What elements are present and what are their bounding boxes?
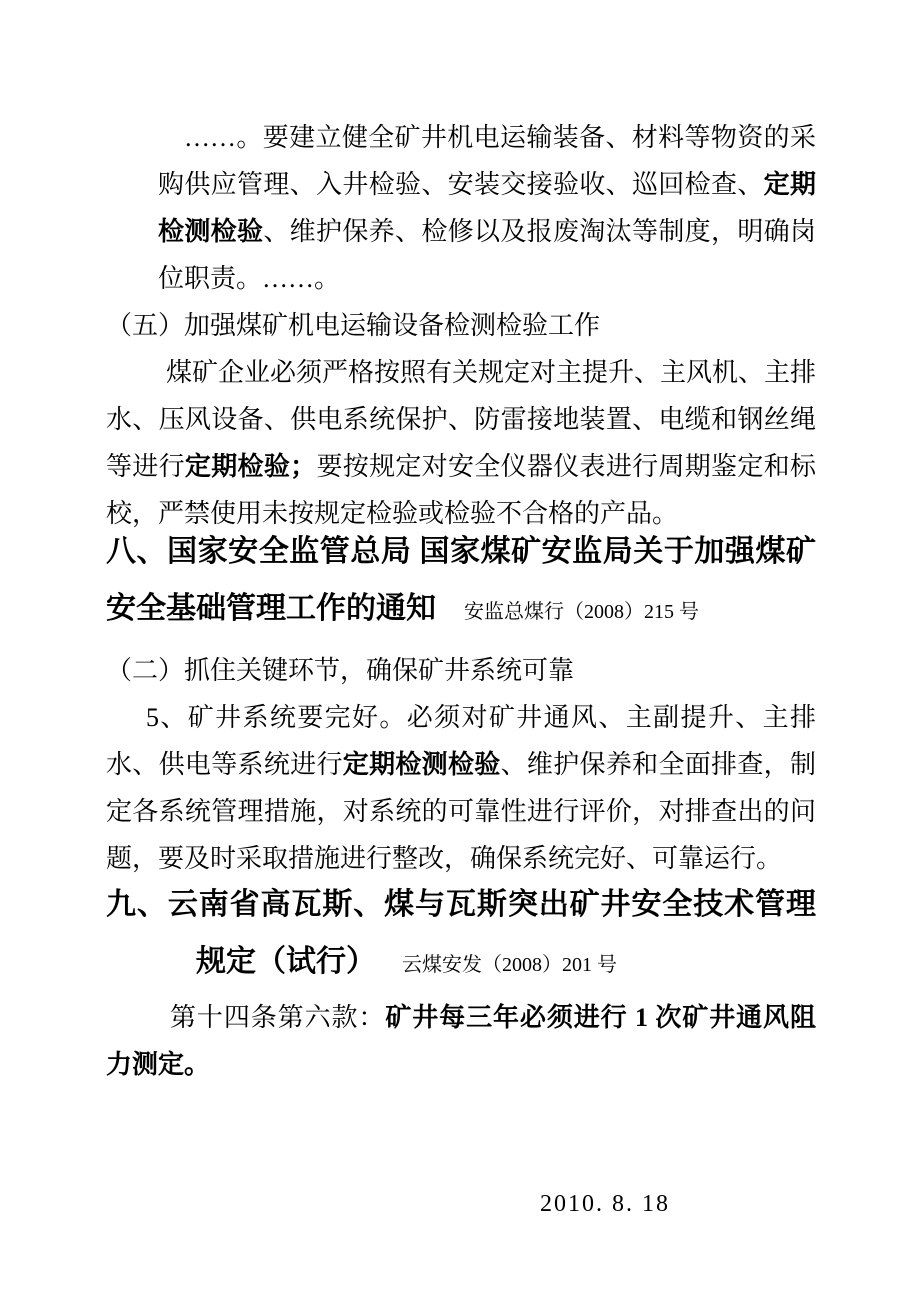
document-title-eight: 八、国家安全监管总局 国家煤矿安监局关于加强煤矿安全基础管理工作的通知: [106, 535, 816, 625]
document-number-nine: 云煤安发（2008）201 号: [402, 954, 617, 976]
paragraph-mine-systems: 5、矿井系统要完好。必须对矿井通风、主副提升、主排水、供电等系统进行定期检测检验…: [106, 694, 816, 882]
bold-text-run-periodic-inspection: 定期检测检验: [343, 750, 501, 779]
paragraph-quote-excerpt: ……。要建立健全矿井机电运输装备、材料等物资的采购供应管理、入井检验、安装交接验…: [106, 114, 816, 302]
paragraph-enterprise-inspection: 煤矿企业必须严格按照有关规定对主提升、主风机、主排水、压风设备、供电系统保护、防…: [106, 349, 816, 537]
document-number-eight: 安监总煤行（2008）215 号: [464, 601, 699, 623]
section-heading-two-label: （二）抓住关键环节，确保矿井系统可靠: [106, 656, 574, 685]
bold-text-run-periodic-test: 定期检验；: [185, 452, 316, 481]
text-run: ……。要建立健全矿井机电运输装备、材料等物资的采购供应管理、入井检验、安装交接验…: [158, 123, 816, 199]
text-run: 第十四条第六款：: [170, 1003, 385, 1032]
section-heading-two: （二）抓住关键环节，确保矿井系统可靠: [106, 647, 816, 694]
paragraph-article-fourteen: 第十四条第六款：矿井每三年必须进行 1 次矿井通风阻力测定。: [106, 994, 816, 1088]
document-heading-eight: 八、国家安全监管总局 国家煤矿安监局关于加强煤矿安全基础管理工作的通知安监总煤行…: [106, 523, 816, 641]
section-heading-five-label: （五）加强煤矿机电运输设备检测检验工作: [106, 311, 600, 340]
document-heading-nine: 九、云南省高瓦斯、煤与瓦斯突出矿井安全技术管理规定（试行）云煤安发（2008）2…: [106, 876, 816, 994]
date-value: 2010. 8. 18: [540, 1191, 670, 1217]
document-page: ……。要建立健全矿井机电运输装备、材料等物资的采购供应管理、入井检验、安装交接验…: [0, 0, 920, 1302]
date-line: 2010. 8. 18: [106, 1181, 816, 1228]
section-heading-five: （五）加强煤矿机电运输设备检测检验工作: [106, 302, 816, 349]
